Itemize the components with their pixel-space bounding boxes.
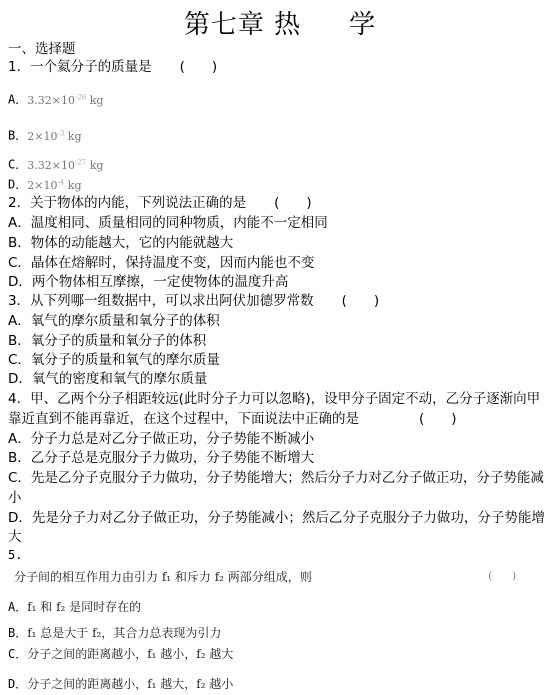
q5-option-a: A．f₁ 和 f₂ 是同时存在的 [8, 598, 141, 616]
q2-option-d: D．两个物体相互摩擦，一定使物体的温度升高 [8, 273, 288, 291]
option-label: A． [8, 600, 27, 614]
q3-option-b: B．氧分子的质量和氧分子的体积 [8, 332, 206, 350]
q4-option-c-wrap: 小 [8, 489, 22, 507]
q2-option-c: C．晶体在熔解时，保持温度不变，因而内能也不变 [8, 254, 314, 272]
q5-option-d: D．分子之间的距离越小，f₁ 越大，f₂ 越小 [8, 675, 233, 693]
q2-option-a: A．温度相同、质量相同的同种物质，内能不一定相同 [8, 214, 328, 232]
option-text: 分子之间的距离越小，f₁ 越大，f₂ 越小 [27, 677, 233, 691]
q5-option-b: B．f₁ 总是大于 f₂，其合力总表现为引力 [8, 624, 221, 642]
mantissa: 2×10 [27, 130, 57, 143]
unit: kg [86, 159, 103, 172]
q4-option-b: B．乙分子总是克服分子力做功，分子势能不断增大 [8, 449, 314, 467]
question-4-stem-line2: 靠近直到不能再靠近，在这个过程中，下面说法中正确的是( ) [8, 410, 457, 428]
answer-paren: ( ) [180, 58, 218, 76]
mantissa: 2×10 [27, 179, 57, 192]
mantissa: 3.32×10 [27, 159, 75, 172]
exponent: -27 [75, 158, 86, 166]
option-label: B． [8, 129, 27, 143]
q3-option-d: D．氧气的密度和氧气的摩尔质量 [8, 370, 207, 388]
answer-paren: ( ) [342, 292, 380, 310]
question-4-stem-line1: 4．甲、乙两个分子相距较远(此时分子力可以忽略)，设甲分子固定不动，乙分子逐渐向… [8, 390, 540, 408]
option-text: 分子之间的距离越小，f₁ 越小，f₂ 越大 [27, 647, 233, 661]
unit: kg [86, 94, 103, 107]
question-1-stem: 1．一个氦分子的质量是( ) [8, 58, 217, 76]
section-heading: 一、选择题 [8, 40, 76, 58]
q4-option-a: A．分子力总是对乙分子做正功，分子势能不断减小 [8, 430, 314, 448]
q1-option-d: D．2×10-4 kg [8, 173, 82, 195]
q4-option-d-wrap: 大 [8, 528, 22, 546]
title-part1: 第七章 热 [184, 10, 301, 40]
option-label: D． [8, 677, 27, 691]
question-2-stem: 2．关于物体的内能，下列说法正确的是( ) [8, 194, 312, 212]
question-5-stem: 分子间的相互作用力由引力 f₁ 和斥力 f₂ 两部分组成，则( ) [14, 568, 544, 586]
answer-paren: ( ) [274, 194, 312, 212]
q4-option-c: C．先是乙分子克服分子力做功，分子势能增大；然后分子力对乙分子做正功，分子势能减 [8, 469, 544, 487]
title-part2: 学 [349, 10, 376, 40]
answer-paren: ( ) [488, 568, 516, 586]
mantissa: 3.32×10 [27, 94, 75, 107]
exam-page: 第七章 热学 一、选择题 1．一个氦分子的质量是( ) A．3.32×10-26… [0, 0, 560, 695]
q3-stem-text: 3．从下列哪一组数据中，可以求出阿伏加德罗常数 [8, 293, 314, 309]
option-text: f₁ 总是大于 f₂，其合力总表现为引力 [27, 626, 221, 640]
option-label: C． [8, 158, 27, 172]
option-text: f₁ 和 f₂ 是同时存在的 [27, 600, 141, 614]
option-label: D． [8, 178, 27, 192]
q2-option-b: B．物体的动能越大，它的内能就越大 [8, 234, 233, 252]
page-title: 第七章 热学 [0, 4, 560, 41]
question-5-number: 5. [8, 546, 22, 564]
q3-option-a: A．氧气的摩尔质量和氧分子的体积 [8, 312, 220, 330]
unit: kg [64, 179, 81, 192]
q4-stem-text: 靠近直到不能再靠近，在这个过程中，下面说法中正确的是 [8, 411, 359, 427]
option-label: C． [8, 647, 27, 661]
q5-stem-text: 分子间的相互作用力由引力 f₁ 和斥力 f₂ 两部分组成，则 [14, 570, 312, 584]
q2-stem-text: 2．关于物体的内能，下列说法正确的是 [8, 195, 246, 211]
unit: kg [64, 130, 81, 143]
q1-option-b: B．2×10-3 kg [8, 124, 82, 146]
option-label: B． [8, 626, 27, 640]
q4-option-d: D．先是分子力对乙分子做正功，分子势能减小；然后乙分子克服分子力做功，分子势能增 [8, 509, 545, 527]
question-3-stem: 3．从下列哪一组数据中，可以求出阿伏加德罗常数( ) [8, 292, 379, 310]
q1-option-c: C．3.32×10-27 kg [8, 153, 103, 175]
q3-option-c: C．氧分子的质量和氧气的摩尔质量 [8, 351, 220, 369]
q1-stem-text: 1．一个氦分子的质量是 [8, 59, 152, 75]
option-label: A． [8, 93, 27, 107]
q1-option-a: A．3.32×10-26 kg [8, 88, 103, 110]
answer-paren: ( ) [419, 410, 457, 428]
q5-option-c: C．分子之间的距离越小，f₁ 越小，f₂ 越大 [8, 645, 233, 663]
exponent: -26 [75, 93, 86, 101]
